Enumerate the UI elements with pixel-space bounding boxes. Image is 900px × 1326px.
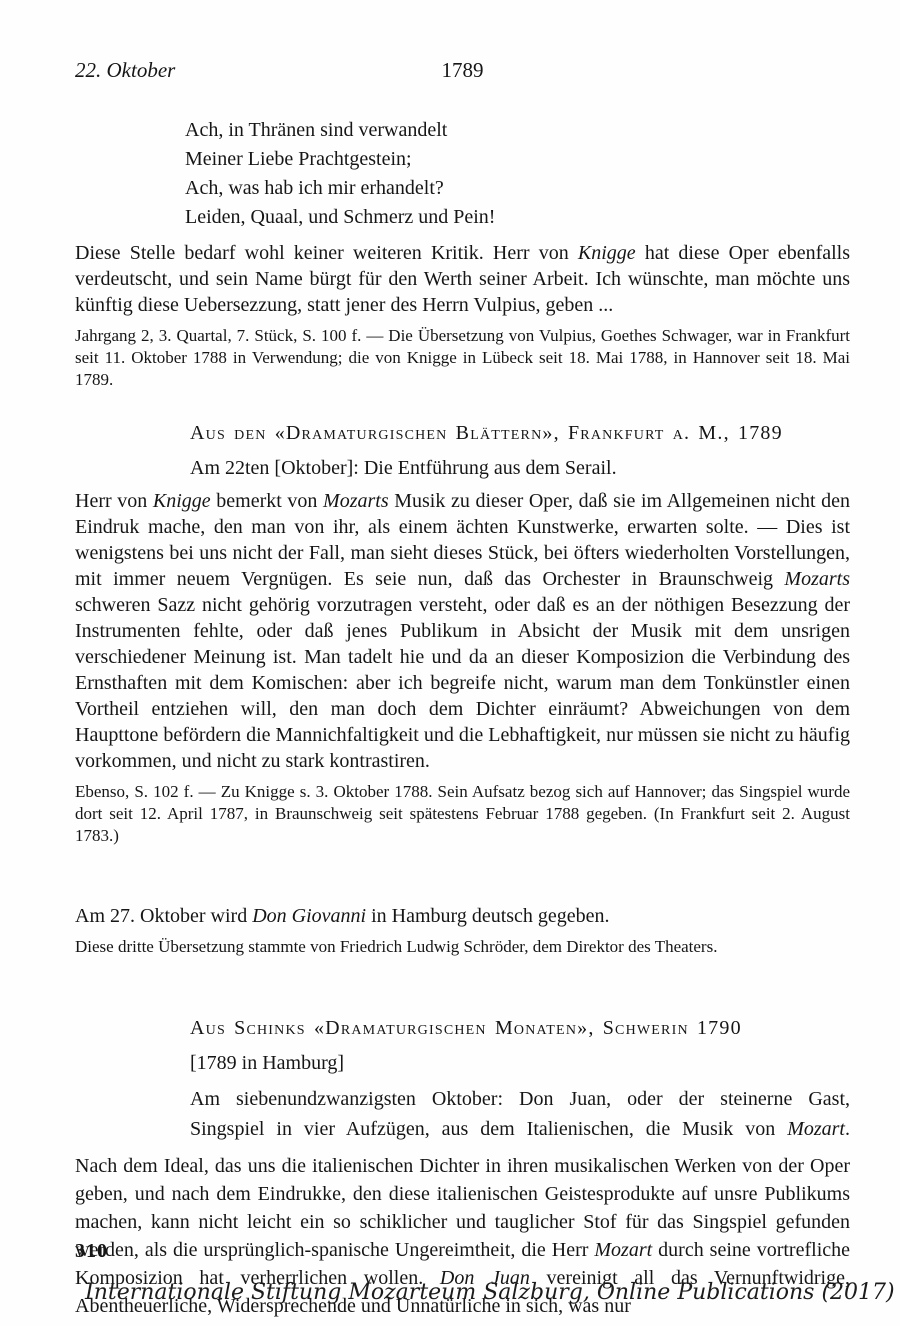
verse-line: Ach, was hab ich mir erhandelt?: [185, 174, 850, 203]
quote-line: Singspiel in vier Aufzügen, aus dem Ital…: [190, 1114, 850, 1144]
verse-quote: Ach, in Thränen sind verwandelt Meiner L…: [185, 116, 850, 232]
section-bracket-note: [1789 in Hamburg]: [190, 1051, 850, 1075]
section-dramaturgische-monate: Aus Schinks «Dramaturgischen Monaten», S…: [75, 1016, 850, 1320]
event-statement: Am 27. Oktober wird Don Giovanni in Hamb…: [75, 903, 850, 929]
section-subtitle: Am 22ten [Oktober]: Die Entführung aus d…: [190, 456, 850, 480]
quote-line: Am siebenundzwanzigsten Oktober: Don Jua…: [190, 1084, 850, 1114]
header-year: 1789: [75, 58, 850, 83]
section-paragraph: Herr von Knigge bemerkt von Mozarts Musi…: [75, 488, 850, 774]
verse-line: Meiner Liebe Prachtgestein;: [185, 145, 850, 174]
editorial-note: Diese dritte Übersetzung stammte von Fri…: [75, 936, 850, 958]
review-commentary-paragraph: Diese Stelle bedarf wohl keiner weiteren…: [75, 240, 850, 318]
editorial-note: Ebenso, S. 102 f. — Zu Knigge s. 3. Okto…: [75, 781, 850, 847]
editorial-note: Jahrgang 2, 3. Quartal, 7. Stück, S. 100…: [75, 325, 850, 391]
section-dramaturgische-blaetter: Aus den «Dramaturgischen Blättern», Fran…: [75, 421, 850, 847]
running-header: 22. Oktober 1789: [75, 58, 850, 84]
publisher-credit: Internationale Stiftung Mozarteum Salzbu…: [85, 1280, 895, 1305]
book-page: 22. Oktober 1789 Ach, in Thränen sind ve…: [0, 0, 900, 1326]
section-heading: Aus den «Dramaturgischen Blättern», Fran…: [190, 421, 850, 445]
section-heading: Aus Schinks «Dramaturgischen Monaten», S…: [190, 1016, 850, 1040]
page-number: 310: [75, 1240, 108, 1263]
quoted-announcement: Am siebenundzwanzigsten Oktober: Don Jua…: [190, 1084, 850, 1144]
verse-line: Leiden, Quaal, und Schmerz und Pein!: [185, 203, 850, 232]
verse-line: Ach, in Thränen sind verwandelt: [185, 116, 850, 145]
